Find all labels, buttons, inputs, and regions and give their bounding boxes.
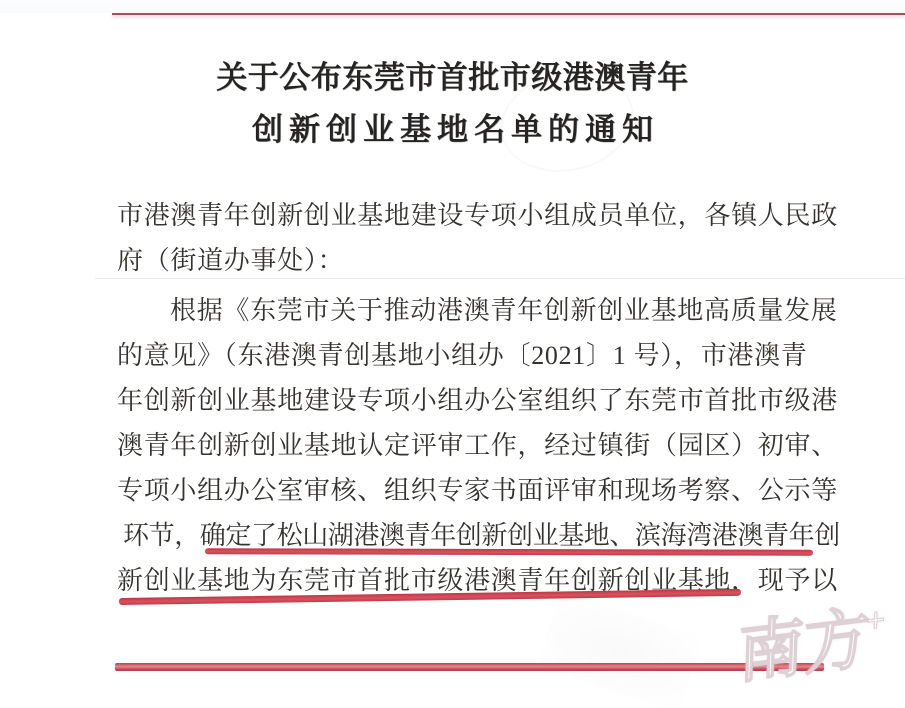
- watermark-text: 南方: [737, 602, 871, 692]
- scanned-notice-page: 关于公布东莞市首批市级港澳青年 创新创业基地名单的通知 市港澳青年创新创业基地建…: [0, 0, 905, 708]
- body-line: 根据《东莞市关于推动港澳青年创新创业基地高质量发展: [117, 288, 857, 333]
- scan-tint: [0, 0, 905, 13]
- body-line: 的意见》（东港澳青创基地小组办〔2021〕1 号），市港澳青: [117, 333, 857, 378]
- document-body: 市港澳青年创新创业基地建设专项小组成员单位，各镇人民政 府（街道办事处）： 根据…: [117, 193, 857, 603]
- body-line: 专项小组办公室审核、组织专家书面评审和现场考察、公示等: [117, 468, 857, 513]
- document-title: 关于公布东莞市首批市级港澳青年 创新创业基地名单的通知: [0, 52, 905, 156]
- body-line: 年创新创业基地建设专项小组办公室组织了东莞市首批市级港: [117, 378, 857, 423]
- watermark-plus-icon: +: [865, 601, 886, 641]
- nanfang-plus-watermark: 南方+: [737, 567, 905, 708]
- title-line-2: 创新创业基地名单的通知: [0, 104, 905, 156]
- scan-smudge-blot: [536, 591, 703, 708]
- body-line: 府（街道办事处）：: [117, 238, 857, 283]
- top-rule-line: [112, 13, 905, 15]
- bottom-rule-line: [115, 663, 824, 671]
- body-line: 市港澳青年创新创业基地建设专项小组成员单位，各镇人民政: [117, 193, 857, 238]
- body-line: 澳青年创新创业基地认定评审工作，经过镇街（园区）初审、: [117, 423, 857, 468]
- title-line-1: 关于公布东莞市首批市级港澳青年: [0, 52, 905, 104]
